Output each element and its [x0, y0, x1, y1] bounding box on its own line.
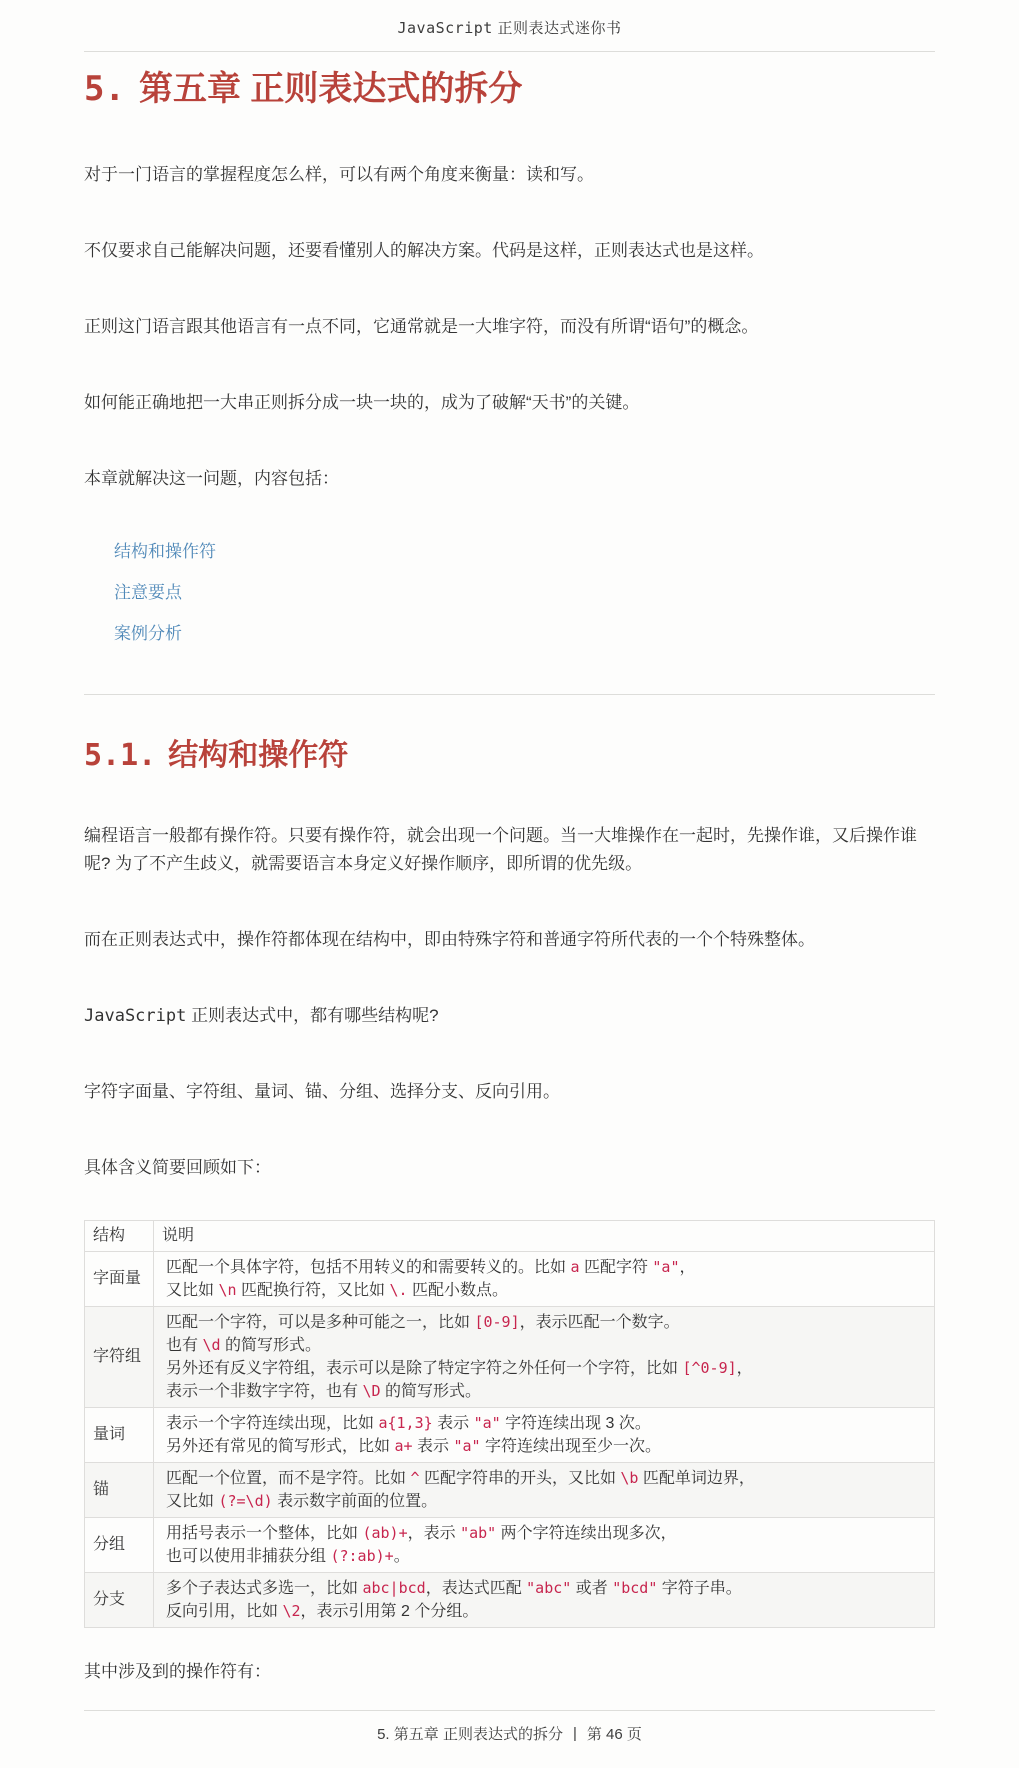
toc-link-structure-and-operators[interactable]: 结构和操作符: [114, 542, 216, 561]
inline-text: 表示一个非数字字符，也有: [166, 1383, 362, 1400]
inline-code: \D: [362, 1382, 380, 1400]
inline-text: 匹配一个字符，可以是多种可能之一，比如: [166, 1314, 474, 1331]
section-heading: 5.1.结构和操作符: [84, 737, 935, 775]
section-paragraph-2: 而在正则表达式中，操作符都体现在结构中，即由特殊字符和普通字符所代表的一个个特殊…: [84, 926, 935, 954]
inline-text: 匹配换行符，又比如: [237, 1282, 390, 1299]
inline-code: "ab": [460, 1524, 496, 1542]
chapter-number: 5.: [84, 69, 125, 109]
inline-text: 匹配字符: [580, 1259, 653, 1276]
table-row: 字符组匹配一个字符，可以是多种可能之一，比如 [0-9]，表示匹配一个数字。也有…: [85, 1307, 935, 1408]
inline-text: ，表示匹配一个数字。: [520, 1314, 680, 1331]
inline-code: \.: [389, 1281, 407, 1299]
inline-text: 匹配小数点。: [408, 1282, 508, 1299]
inline-code: \2: [282, 1602, 300, 1620]
footer-page-number: 第 46 页: [587, 1723, 642, 1744]
inline-code: a+: [394, 1437, 412, 1455]
inline-code: "a": [474, 1414, 501, 1432]
section-paragraph-3: JavaScript 正则表达式中，都有哪些结构呢?: [84, 1002, 935, 1030]
description-cell: 匹配一个字符，可以是多种可能之一，比如 [0-9]，表示匹配一个数字。也有 \d…: [154, 1307, 935, 1408]
inline-text: ，表达式匹配: [426, 1580, 526, 1597]
chapter-title: 第五章 正则表达式的拆分: [139, 70, 522, 108]
term-cell: 分组: [85, 1518, 154, 1573]
inline-text: 正则表达式中，都有哪些结构呢?: [186, 1006, 438, 1025]
table-body: 字面量匹配一个具体字符，包括不用转义的和需要转义的。比如 a 匹配字符 "a"，…: [85, 1252, 935, 1628]
toc-link-case-analysis[interactable]: 案例分析: [114, 624, 182, 643]
header-rule: [84, 51, 935, 52]
table-row: 字面量匹配一个具体字符，包括不用转义的和需要转义的。比如 a 匹配字符 "a"，…: [85, 1252, 935, 1307]
section-paragraph-4: 字符字面量、字符组、量词、锚、分组、选择分支、反向引用。: [84, 1078, 935, 1106]
table-header-row: 结构 说明: [85, 1221, 935, 1252]
inline-text: 。: [394, 1548, 410, 1565]
table-row: 锚匹配一个位置，而不是字符。比如 ^ 匹配字符串的开头，又比如 \b 匹配单词边…: [85, 1463, 935, 1518]
inline-text: 匹配一个位置，而不是字符。比如: [166, 1470, 410, 1487]
inline-text: 另外还有常见的简写形式，比如: [166, 1438, 394, 1455]
inline-text: 的简写形式。: [221, 1337, 321, 1354]
inline-code: \d: [202, 1336, 220, 1354]
document-page: JavaScript 正则表达式迷你书 5.第五章 正则表达式的拆分 对于一门语…: [0, 0, 1019, 1768]
inline-text: 表示数字前面的位置。: [273, 1493, 437, 1510]
table-row: 分组用括号表示一个整体，比如 (ab)+，表示 "ab" 两个字符连续出现多次，…: [85, 1518, 935, 1573]
inline-text: 也可以使用非捕获分组: [166, 1548, 330, 1565]
inline-text: 表示: [413, 1438, 454, 1455]
inline-text: 用括号表示一个整体，比如: [166, 1525, 362, 1542]
inline-text: 匹配一个具体字符，包括不用转义的和需要转义的。比如: [166, 1259, 570, 1276]
inline-text: 两个字符连续出现多次，: [496, 1525, 676, 1542]
column-header-structure: 结构: [85, 1221, 154, 1252]
inline-text: ，: [737, 1360, 753, 1377]
intro-paragraph-2: 不仅要求自己能解决问题，还要看懂别人的解决方案。代码是这样，正则表达式也是这样。: [84, 237, 935, 265]
section-number: 5.1.: [84, 738, 156, 773]
inline-mono: JavaScript: [84, 1006, 186, 1026]
term-cell: 分支: [85, 1573, 154, 1628]
inline-code: (?=\d): [218, 1492, 272, 1510]
inline-text: 匹配单词边界，: [638, 1470, 754, 1487]
inline-text: 多个子表达式多选一，比如: [166, 1580, 362, 1597]
page-footer: 5. 第五章 正则表达式的拆分 | 第 46 页: [84, 1710, 935, 1768]
intro-paragraph-1: 对于一门语言的掌握程度怎么样，可以有两个角度来衡量：读和写。: [84, 161, 935, 189]
term-cell: 字面量: [85, 1252, 154, 1307]
inline-mono: JavaScript: [398, 19, 493, 37]
inline-text: 正则表达式迷你书: [493, 20, 622, 37]
inline-code: a{1,3}: [378, 1414, 432, 1432]
inline-code: [^0-9]: [682, 1359, 736, 1377]
toc-list: 结构和操作符 注意要点 案例分析: [84, 541, 935, 664]
description-cell: 表示一个字符连续出现，比如 a{1,3} 表示 "a" 字符连续出现 3 次。另…: [154, 1408, 935, 1463]
description-cell: 匹配一个位置，而不是字符。比如 ^ 匹配字符串的开头，又比如 \b 匹配单词边界…: [154, 1463, 935, 1518]
inline-text: 表示: [433, 1415, 474, 1432]
intro-paragraph-5: 本章就解决这一问题，内容包括：: [84, 465, 935, 493]
inline-text: 字符连续出现 3 次。: [501, 1415, 651, 1432]
inline-text: 又比如: [166, 1493, 218, 1510]
inline-text: 也有: [166, 1337, 202, 1354]
inline-text: 表示一个字符连续出现，比如: [166, 1415, 378, 1432]
footer-separator: |: [573, 1725, 577, 1742]
inline-text: 反向引用，比如: [166, 1603, 282, 1620]
inline-text: 的简写形式。: [381, 1383, 481, 1400]
inline-code: \n: [218, 1281, 236, 1299]
book-title: JavaScript 正则表达式迷你书: [84, 0, 935, 51]
toc-item: 案例分析: [114, 623, 935, 645]
toc-link-attention-points[interactable]: 注意要点: [114, 583, 182, 602]
inline-text: 另外还有反义字符组，表示可以是除了特定字符之外任何一个字符，比如: [166, 1360, 682, 1377]
inline-code: "a": [453, 1437, 480, 1455]
inline-text: 或者: [571, 1580, 612, 1597]
page-header: JavaScript 正则表达式迷你书: [84, 0, 935, 52]
footer-line: 5. 第五章 正则表达式的拆分 | 第 46 页: [84, 1711, 935, 1768]
term-cell: 量词: [85, 1408, 154, 1463]
inline-text: 字符连续出现至少一次。: [481, 1438, 661, 1455]
inline-code: "abc": [526, 1579, 571, 1597]
section-paragraph-1: 编程语言一般都有操作符。只要有操作符，就会出现一个问题。当一大堆操作在一起时，先…: [84, 822, 935, 878]
section-title: 结构和操作符: [168, 739, 348, 772]
inline-code: [0-9]: [474, 1313, 519, 1331]
inline-code: (?:ab)+: [330, 1547, 393, 1565]
footer-chapter-label: 5. 第五章 正则表达式的拆分: [377, 1723, 563, 1744]
table-row: 量词表示一个字符连续出现，比如 a{1,3} 表示 "a" 字符连续出现 3 次…: [85, 1408, 935, 1463]
inline-code: "bcd": [612, 1579, 657, 1597]
inline-code: abc|bcd: [362, 1579, 425, 1597]
description-cell: 用括号表示一个整体，比如 (ab)+，表示 "ab" 两个字符连续出现多次，也可…: [154, 1518, 935, 1573]
toc-item: 注意要点: [114, 582, 935, 604]
description-cell: 匹配一个具体字符，包括不用转义的和需要转义的。比如 a 匹配字符 "a"，又比如…: [154, 1252, 935, 1307]
column-header-description: 说明: [154, 1221, 935, 1252]
section-divider: [84, 694, 935, 695]
closing-paragraph: 其中涉及到的操作符有：: [84, 1658, 935, 1686]
inline-code: "a": [652, 1258, 679, 1276]
inline-code: ^: [410, 1469, 419, 1487]
structures-table: 结构 说明 字面量匹配一个具体字符，包括不用转义的和需要转义的。比如 a 匹配字…: [84, 1220, 935, 1628]
inline-text: 字符子串。: [657, 1580, 741, 1597]
intro-paragraph-3: 正则这门语言跟其他语言有一点不同，它通常就是一大堆字符，而没有所谓“语句”的概念…: [84, 313, 935, 341]
table-row: 分支多个子表达式多选一，比如 abc|bcd，表达式匹配 "abc" 或者 "b…: [85, 1573, 935, 1628]
inline-text: ，表示: [408, 1525, 460, 1542]
intro-paragraph-4: 如何能正确地把一大串正则拆分成一块一块的，成为了破解“天书”的关键。: [84, 389, 935, 417]
inline-text: 匹配字符串的开头，又比如: [420, 1470, 621, 1487]
toc-item: 结构和操作符: [114, 541, 935, 563]
term-cell: 字符组: [85, 1307, 154, 1408]
section-paragraph-5: 具体含义简要回顾如下：: [84, 1154, 935, 1182]
inline-text: ，表示引用第 2 个分组。: [301, 1603, 479, 1620]
chapter-heading: 5.第五章 正则表达式的拆分: [84, 68, 935, 111]
description-cell: 多个子表达式多选一，比如 abc|bcd，表达式匹配 "abc" 或者 "bcd…: [154, 1573, 935, 1628]
term-cell: 锚: [85, 1463, 154, 1518]
inline-text: ，: [680, 1259, 696, 1276]
inline-code: a: [570, 1258, 579, 1276]
inline-code: (ab)+: [362, 1524, 407, 1542]
inline-code: \b: [620, 1469, 638, 1487]
inline-text: 又比如: [166, 1282, 218, 1299]
